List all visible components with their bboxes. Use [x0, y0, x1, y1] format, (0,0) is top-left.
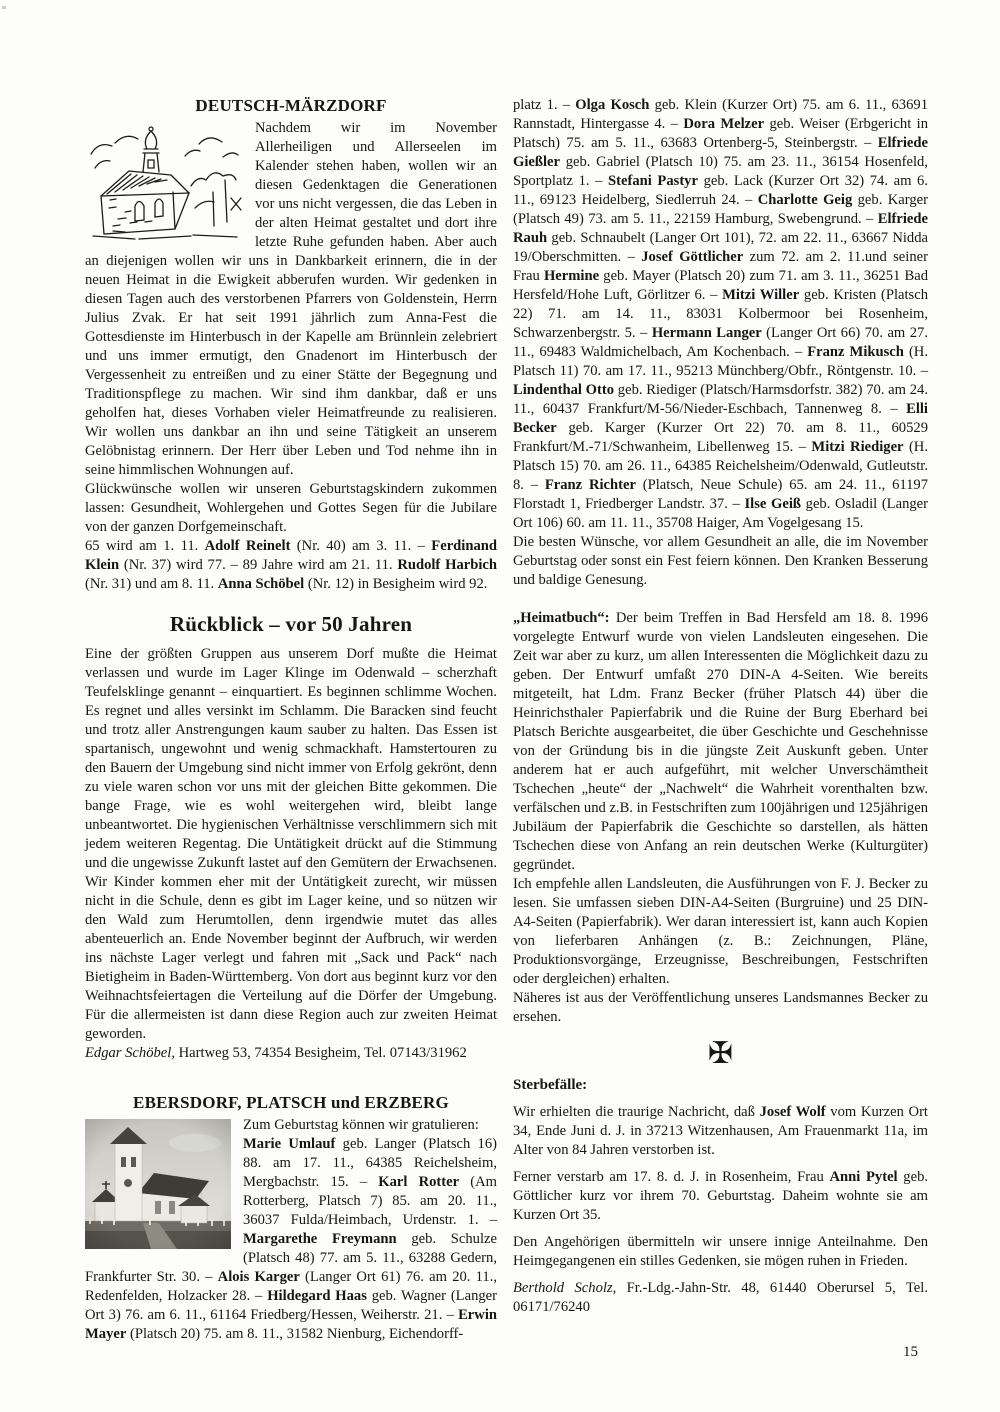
- heimatbuch-text: „Heimatbuch“: Der beim Treffen in Bad He…: [513, 610, 928, 873]
- scan-speck: [2, 6, 6, 9]
- birthday-list-continued: platz 1. – Olga Kosch geb. Klein (Kurzer…: [513, 96, 928, 533]
- rueckblick-signature-text: Edgar Schöbel, Hartweg 53, 74354 Besighe…: [85, 1045, 467, 1061]
- reference-text: Näheres ist aus der Veröffentlichung uns…: [513, 990, 928, 1025]
- page-number: 15: [903, 1344, 918, 1361]
- ebersdorf-intro-text: Zum Geburtstag können wir gratulieren:: [243, 1117, 479, 1133]
- birthday-list-continued-text: platz 1. – Olga Kosch geb. Klein (Kurzer…: [513, 97, 928, 531]
- obituary-signature-text: Berthold Scholz, Fr.-Ldg.-Jahn-Str. 48, …: [513, 1280, 928, 1315]
- section-sterbefaelle: Sterbefälle: Wir erhielten die traurige …: [513, 1077, 928, 1317]
- newsletter-page: DEUTSCH-MÄRZDORF: [0, 0, 1000, 1412]
- rueckblick-paragraph: Eine der größten Gruppen aus unserem Dor…: [85, 645, 497, 1044]
- obituary-paragraph-3: Den Angehörigen übermitteln wir unsere i…: [513, 1233, 928, 1271]
- section-ebersdorf: EBERSDORF, PLATSCH und ERZBERG: [85, 1093, 497, 1344]
- obituary-text-3: Den Angehörigen übermitteln wir unsere i…: [513, 1234, 928, 1269]
- marzdorf-text-2: Glückwünsche wollen wir unseren Geburtst…: [85, 481, 497, 535]
- marzdorf-birthdays: 65 wird am 1. 11. Adolf Reinelt (Nr. 40)…: [85, 537, 497, 594]
- marzdorf-title: DEUTSCH-MÄRZDORF: [85, 96, 497, 116]
- left-column: DEUTSCH-MÄRZDORF: [85, 96, 497, 1344]
- marzdorf-paragraph-2: Glückwünsche wollen wir unseren Geburtst…: [85, 480, 497, 537]
- church-photo-image: [85, 1119, 231, 1249]
- ebersdorf-title: EBERSDORF, PLATSCH und ERZBERG: [85, 1093, 497, 1113]
- obituary-text-2: Ferner verstarb am 17. 8. d. J. in Rosen…: [513, 1169, 928, 1223]
- obituary-text-1: Wir erhielten die traurige Nachricht, da…: [513, 1104, 928, 1158]
- recommendation-text: Ich empfehle allen Landsleuten, die Ausf…: [513, 876, 928, 987]
- rueckblick-text: Eine der größten Gruppen aus unserem Dor…: [85, 646, 497, 1042]
- wishes-text: Die besten Wünsche, vor allem Gesundheit…: [513, 534, 928, 588]
- section-rueckblick: Rückblick – vor 50 Jahren Eine der größt…: [85, 612, 497, 1063]
- rueckblick-signature: Edgar Schöbel, Hartweg 53, 74354 Besighe…: [85, 1044, 497, 1063]
- maltese-cross-icon: ✠: [513, 1037, 928, 1071]
- wishes-paragraph: Die besten Wünsche, vor allem Gesundheit…: [513, 533, 928, 590]
- recommendation-paragraph: Ich empfehle allen Landsleuten, die Ausf…: [513, 875, 928, 989]
- marzdorf-text-3: 65 wird am 1. 11. Adolf Reinelt (Nr. 40)…: [85, 538, 497, 592]
- ebersdorf-flow: Zum Geburtstag können wir gratulieren: M…: [85, 1116, 497, 1344]
- obituary-paragraph-1: Wir erhielten die traurige Nachricht, da…: [513, 1103, 928, 1160]
- right-column: platz 1. – Olga Kosch geb. Klein (Kurzer…: [513, 96, 928, 1317]
- heimatbuch-paragraph: „Heimatbuch“: Der beim Treffen in Bad He…: [513, 609, 928, 875]
- church-sketch-image: [85, 122, 245, 242]
- obituary-paragraph-2: Ferner verstarb am 17. 8. d. J. in Rosen…: [513, 1168, 928, 1225]
- rueckblick-title: Rückblick – vor 50 Jahren: [85, 612, 497, 637]
- sterbefaelle-heading: Sterbefälle:: [513, 1077, 928, 1094]
- marzdorf-paragraph-1: Nachdem wir im November Allerheiligen un…: [85, 119, 497, 480]
- section-marzdorf: DEUTSCH-MÄRZDORF: [85, 96, 497, 594]
- obituary-signature: Berthold Scholz, Fr.-Ldg.-Jahn-Str. 48, …: [513, 1279, 928, 1317]
- reference-paragraph: Näheres ist aus der Veröffentlichung uns…: [513, 989, 928, 1027]
